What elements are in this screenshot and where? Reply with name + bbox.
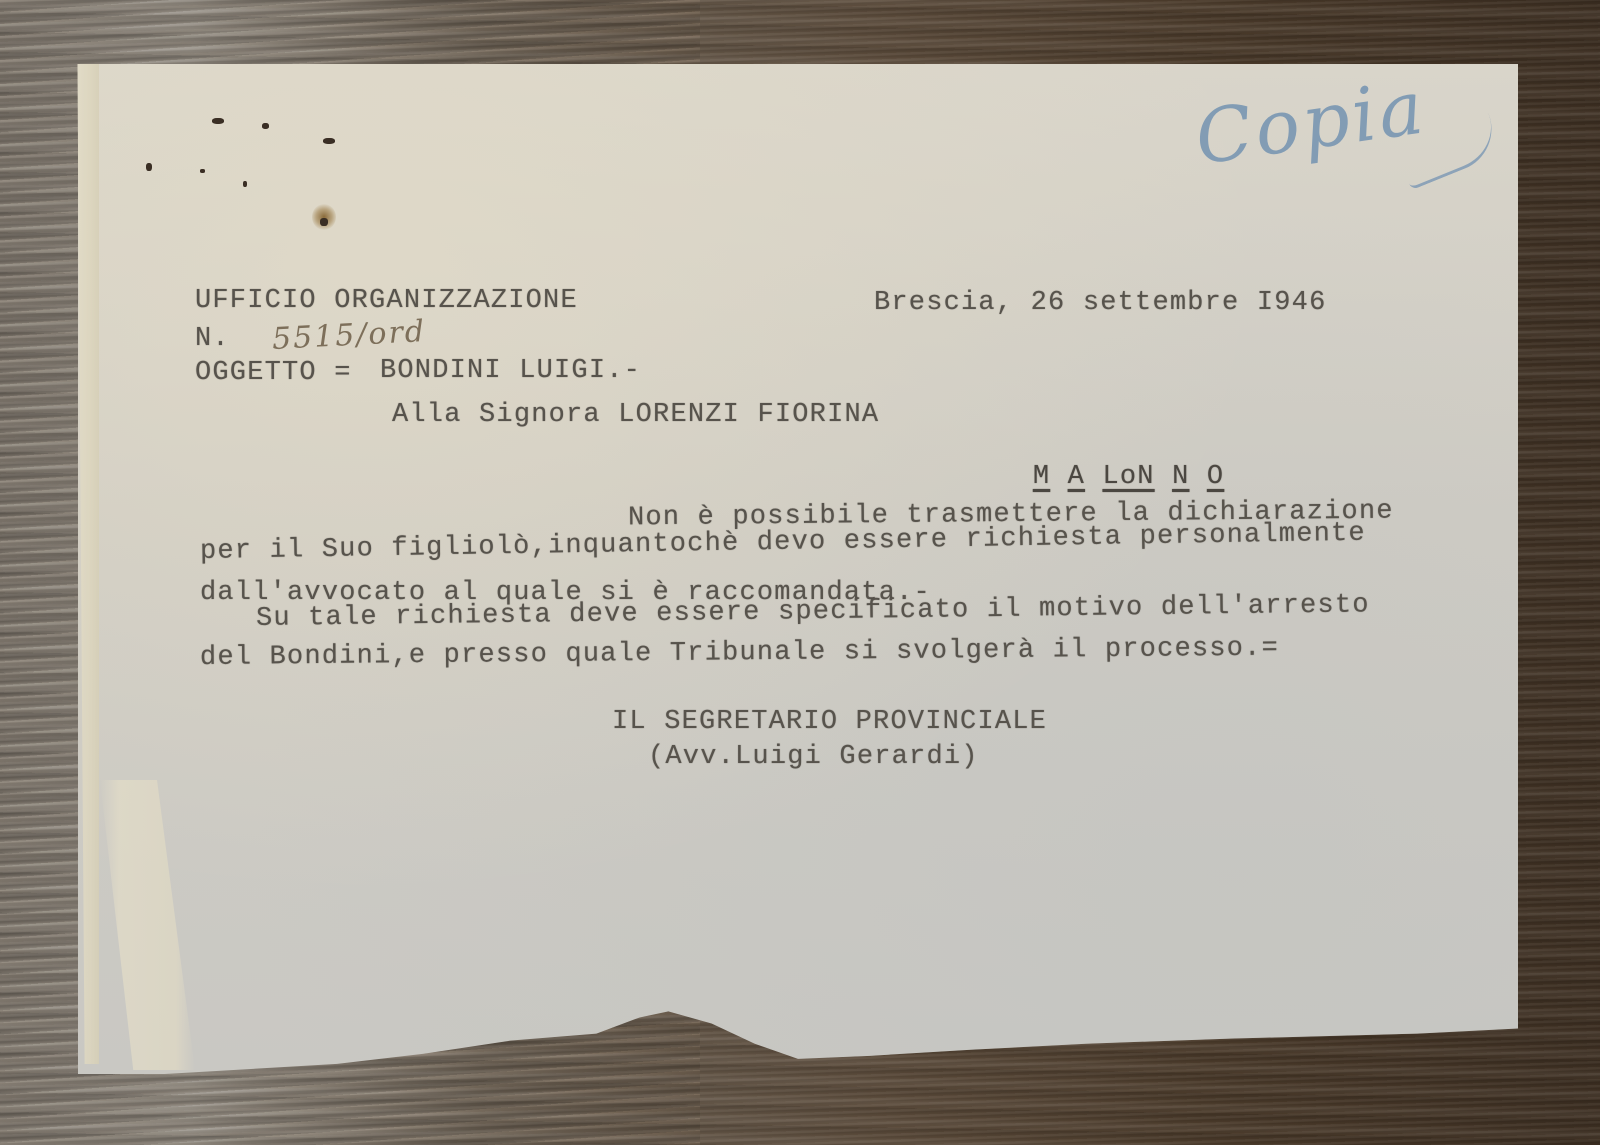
office-heading: UFFICIO ORGANIZZAZIONE [195,286,578,316]
town-letter: N [1172,462,1189,492]
paper-hole [243,181,247,187]
town-letter: M [1033,462,1050,492]
protocol-number-label: N. [195,324,230,354]
paper-stain [312,204,336,230]
paper-hole [320,218,328,226]
town-letter: O [1207,462,1224,492]
subject-label: OGGETTO = [195,358,352,388]
town-letter: LoN [1102,462,1154,492]
signature-title: IL SEGRETARIO PROVINCIALE [612,707,1047,737]
letter-paper [78,64,1518,1074]
recipient-town: M A LoN N O [998,432,1224,492]
paper-hole [212,118,224,124]
paper-hole [323,138,335,144]
paper-hole [200,169,205,173]
subject-value: BONDINI LUIGI.- [380,356,641,386]
place-and-date: Brescia, 26 settembre I946 [874,288,1326,318]
recipient-line: Alla Signora LORENZI FIORINA [392,400,879,430]
signature-name: (Avv.Luigi Gerardi) [648,742,979,772]
town-letter: A [1068,462,1085,492]
paper-hole [146,163,152,171]
paper-hole [262,123,269,129]
